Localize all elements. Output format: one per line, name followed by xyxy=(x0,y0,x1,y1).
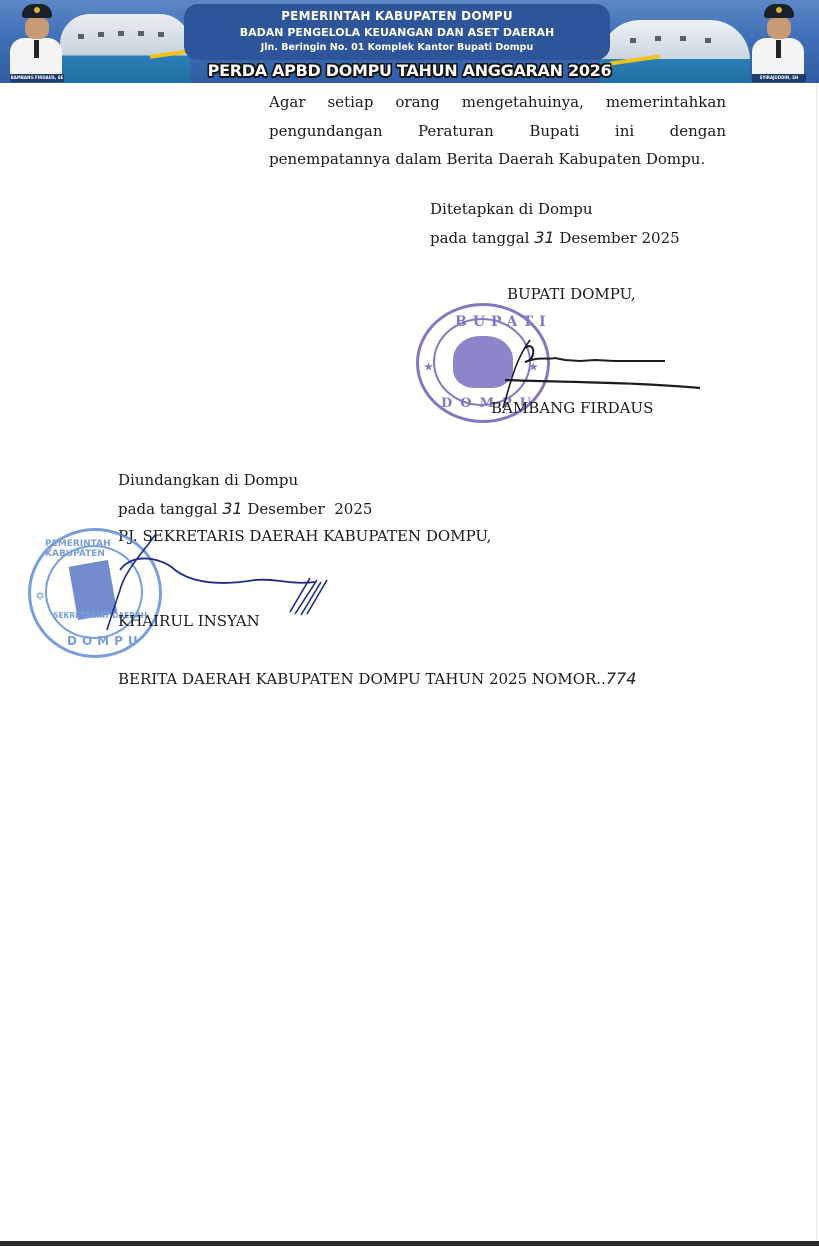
closing-paragraph: Agar setiap orang mengetahuinya, memerin… xyxy=(269,88,726,174)
promulgation-signatory: KHAIRUL INSYAN xyxy=(118,612,260,630)
promulgation-date: pada tanggal 31 Desember 2025 xyxy=(118,499,372,518)
star-icon: ★ xyxy=(424,362,433,373)
enactment-place: Ditetapkan di Dompu xyxy=(430,200,592,218)
date-rest: Desember 2025 xyxy=(247,500,372,518)
date-prefix: pada tanggal xyxy=(430,229,529,247)
handwritten-day: 31 xyxy=(222,499,242,518)
bupati-signature xyxy=(495,330,705,410)
paragraph-line: Agar setiap orang mengetahuinya, memerin… xyxy=(269,88,726,117)
scan-bottom-edge xyxy=(0,1241,819,1246)
enactment-title: BUPATI DOMPU, xyxy=(507,285,636,303)
star-icon: ✡ xyxy=(35,589,45,603)
promulgation-place: Diundangkan di Dompu xyxy=(118,471,298,489)
header-banner: BAMBANG FIRDAUS, SE SYIRAJUDDIN, SH PEME… xyxy=(0,0,819,83)
date-rest: Desember 2025 xyxy=(559,229,679,247)
page-edge xyxy=(816,83,817,1241)
paragraph-line: pengundangan Peraturan Bupati ini dengan xyxy=(269,117,726,146)
agency-address: Jln. Beringin No. 01 Komplek Kantor Bupa… xyxy=(184,42,610,53)
agency-name: BADAN PENGELOLA KEUANGAN DAN ASET DAERAH xyxy=(184,26,610,39)
stamp-text-top: BUPATI xyxy=(455,314,552,330)
enactment-date: pada tanggal 31 Desember 2025 xyxy=(430,228,680,247)
gazette-reference: BERITA DAERAH KABUPATEN DOMPU TAHUN 2025… xyxy=(118,669,636,688)
date-prefix: pada tanggal xyxy=(118,500,217,518)
agency-title-box: PEMERINTAH KABUPATEN DOMPU BADAN PENGELO… xyxy=(184,4,610,60)
enactment-signatory: BAMBANG FIRDAUS xyxy=(491,399,653,417)
paragraph-line: penempatannya dalam Berita Daerah Kabupa… xyxy=(269,145,726,174)
handwritten-day: 31 xyxy=(534,228,554,247)
gazette-label: BERITA DAERAH KABUPATEN DOMPU TAHUN 2025… xyxy=(118,670,606,688)
handwritten-gazette-number: 774 xyxy=(606,669,637,688)
banner-headline: PERDA APBD DOMPU TAHUN ANGGARAN 2026 xyxy=(0,61,819,80)
government-name: PEMERINTAH KABUPATEN DOMPU xyxy=(184,9,610,23)
